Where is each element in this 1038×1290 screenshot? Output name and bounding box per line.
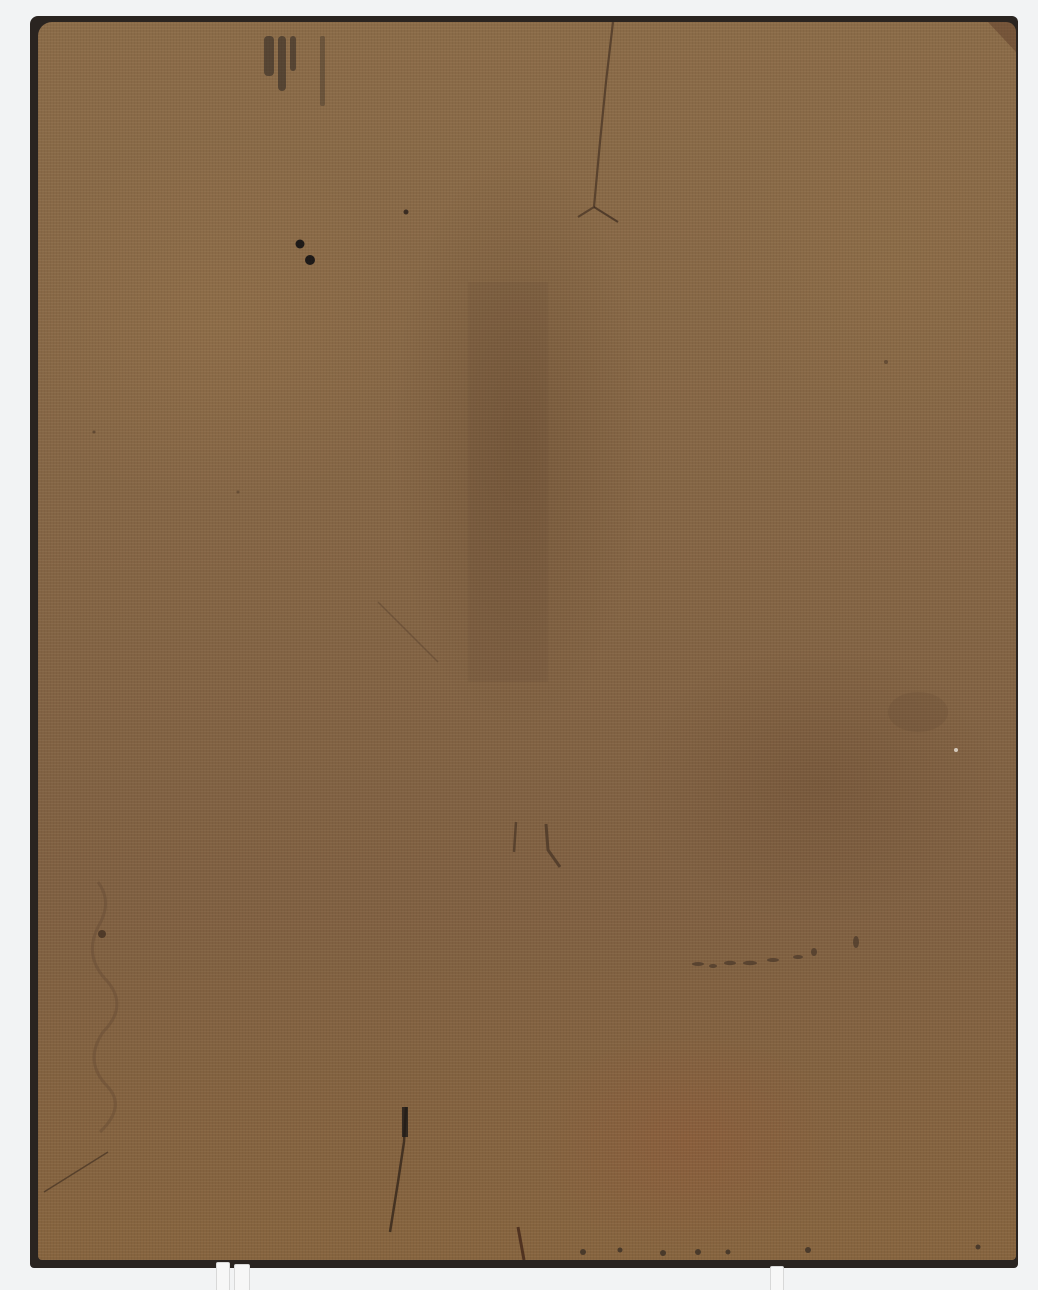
photo-scene <box>0 0 1038 1290</box>
stain-marks <box>38 22 1016 1260</box>
stand-clip-left-2 <box>234 1264 250 1290</box>
stand-clip-left <box>216 1262 230 1290</box>
cloth-board <box>38 22 1016 1260</box>
stand-clip-right <box>770 1266 784 1290</box>
